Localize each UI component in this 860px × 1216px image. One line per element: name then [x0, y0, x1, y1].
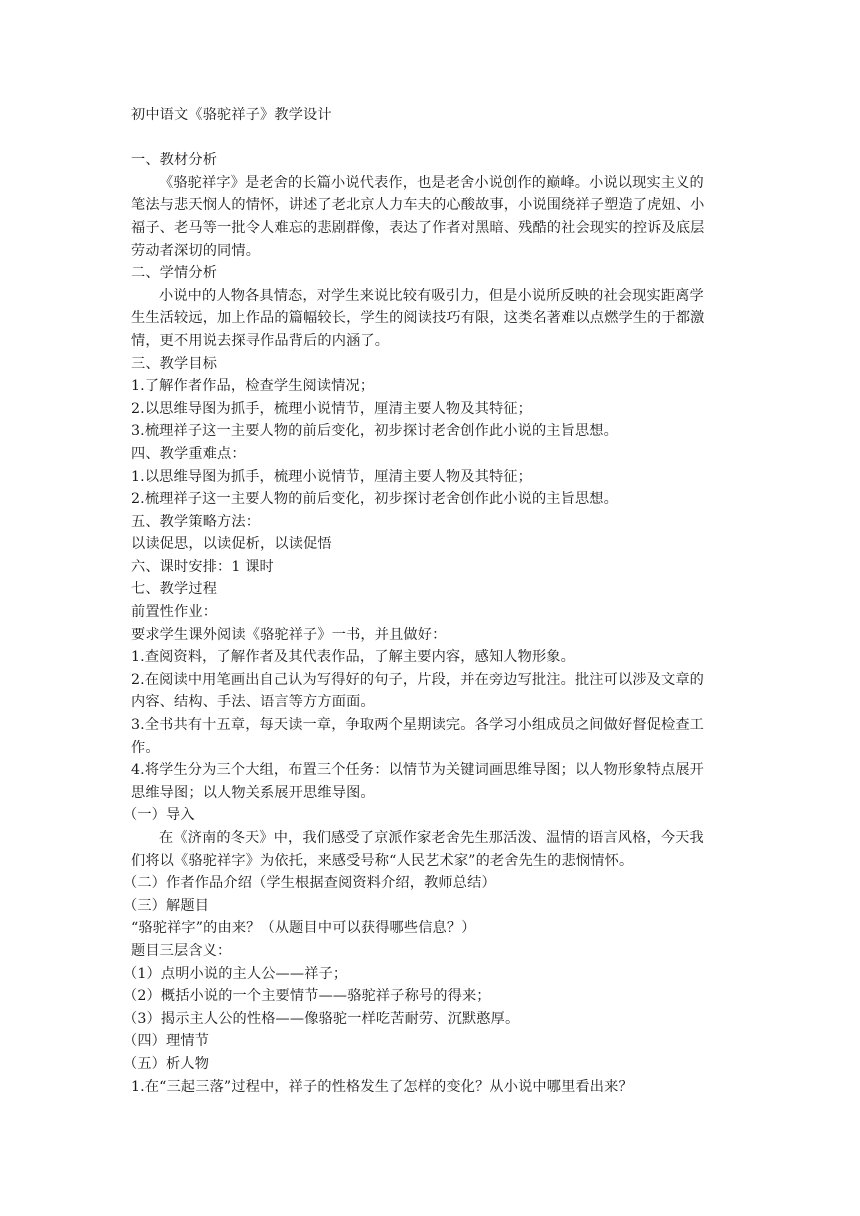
paragraph-line: 们将以《骆驼祥字》为依托，来感受号称“人民艺术家”的老舍先生的悲悯情怀。 — [131, 850, 731, 873]
paragraph-line: 福子、老马等一批令人难忘的悲剧群像，表达了作者对黑暗、残酷的社会现实的控诉及底层 — [131, 217, 731, 240]
section-heading: 六、课时安排：1 课时 — [131, 556, 731, 579]
paragraph-line: 在《济南的冬天》中，我们感受了京派作家老舍先生那活泼、温情的语言风格，今天我 — [131, 827, 731, 850]
layers-label: 题目三层含义： — [131, 940, 731, 963]
paragraph-line: 劳动者深切的同情。 — [131, 240, 731, 263]
paragraph-line: 小说中的人物各具情态，对学生来说比较有吸引力，但是小说所反映的社会现实距离学 — [131, 285, 731, 308]
paragraph-line: 笔法与悲天悯人的情怀，讲述了老北京人力车夫的心酸故事，小说围绕祥子塑造了虎妞、小 — [131, 194, 731, 217]
step-heading: （二）作者作品介绍（学生根据查阅资料介绍，教师总结） — [123, 872, 731, 895]
section-heading: 四、教学重难点： — [131, 443, 731, 466]
list-item: 2.梳理祥子这一主要人物的前后变化，初步探讨老舍创作此小说的主旨思想。 — [131, 488, 731, 511]
step-heading: （四）理情节 — [123, 1030, 731, 1053]
list-item-continuation: 内容、结构、手法、语言等方方面面。 — [131, 691, 731, 714]
section-heading: 五、教学策略方法： — [131, 511, 731, 534]
list-item: 3.全书共有十五章，每天读一章，争取两个星期读完。各学习小组成员之间做好督促检查… — [131, 714, 731, 737]
list-item: 2.在阅读中用笔画出自己认为写得好的句子，片段，并在旁边写批注。批注可以涉及文章… — [131, 669, 731, 692]
list-item-continuation: 作。 — [131, 737, 731, 760]
list-item: （1）点明小说的主人公——祥子； — [123, 963, 731, 986]
list-item-continuation: 思维导图；以人物关系展开思维导图。 — [131, 782, 731, 805]
list-item: 1.了解作者作品，检查学生阅读情况； — [131, 375, 731, 398]
pre-assignment-label: 前置性作业： — [131, 601, 731, 624]
paragraph-line: 《骆驼祥字》是老舍的长篇小说代表作，也是老舍小说创作的巅峰。小说以现实主义的 — [131, 172, 731, 195]
list-item: 1.以思维导图为抓手，梳理小说情节，厘清主要人物及其特征； — [131, 466, 731, 489]
list-item: 1.查阅资料，了解作者及其代表作品，了解主要内容，感知人物形象。 — [131, 646, 731, 669]
question-line: 1.在“三起三落”过程中，祥子的性格发生了怎样的变化？从小说中哪里看出来？ — [131, 1076, 731, 1099]
step-heading: （三）解题目 — [123, 895, 731, 918]
list-item: 3.梳理祥子这一主要人物的前后变化，初步探讨老舍创作此小说的主旨思想。 — [131, 420, 731, 443]
list-item: （2）概括小说的一个主要情节——骆驼祥子称号的得来； — [123, 985, 731, 1008]
list-item: 2.以思维导图为抓手，梳理小说情节，厘清主要人物及其特征； — [131, 398, 731, 421]
step-heading: （一）导入 — [123, 804, 731, 827]
section-heading: 二、学情分析 — [131, 262, 731, 285]
pre-assignment-intro: 要求学生课外阅读《骆驼祥子》一书，并且做好： — [131, 624, 731, 647]
paragraph-line: 生生活较远，加上作品的篇幅较长，学生的阅读技巧有限，这类名著难以点燃学生的于都激 — [131, 307, 731, 330]
list-item: 4.将学生分为三个大组，布置三个任务：以情节为关键词画思维导图；以人物形象特点展… — [131, 759, 731, 782]
list-item: （3）揭示主人公的性格——像骆驼一样吃苦耐劳、沉默憨厚。 — [123, 1008, 731, 1031]
section-heading: 三、教学目标 — [131, 353, 731, 376]
section-heading: 一、教材分析 — [131, 149, 731, 172]
document-title: 初中语文《骆驼祥子》教学设计 — [131, 104, 731, 127]
question-line: “骆驼祥字”的由来？（从题目中可以获得哪些信息？） — [131, 917, 731, 940]
paragraph-line: 情，更不用说去探寻作品背后的内涵了。 — [131, 330, 731, 353]
paragraph-line: 以读促思，以读促析，以读促悟 — [131, 533, 731, 556]
step-heading: （五）析人物 — [123, 1053, 731, 1076]
section-heading: 七、教学过程 — [131, 578, 731, 601]
document-page: 初中语文《骆驼祥子》教学设计 一、教材分析 《骆驼祥字》是老舍的长篇小说代表作，… — [131, 104, 731, 1098]
